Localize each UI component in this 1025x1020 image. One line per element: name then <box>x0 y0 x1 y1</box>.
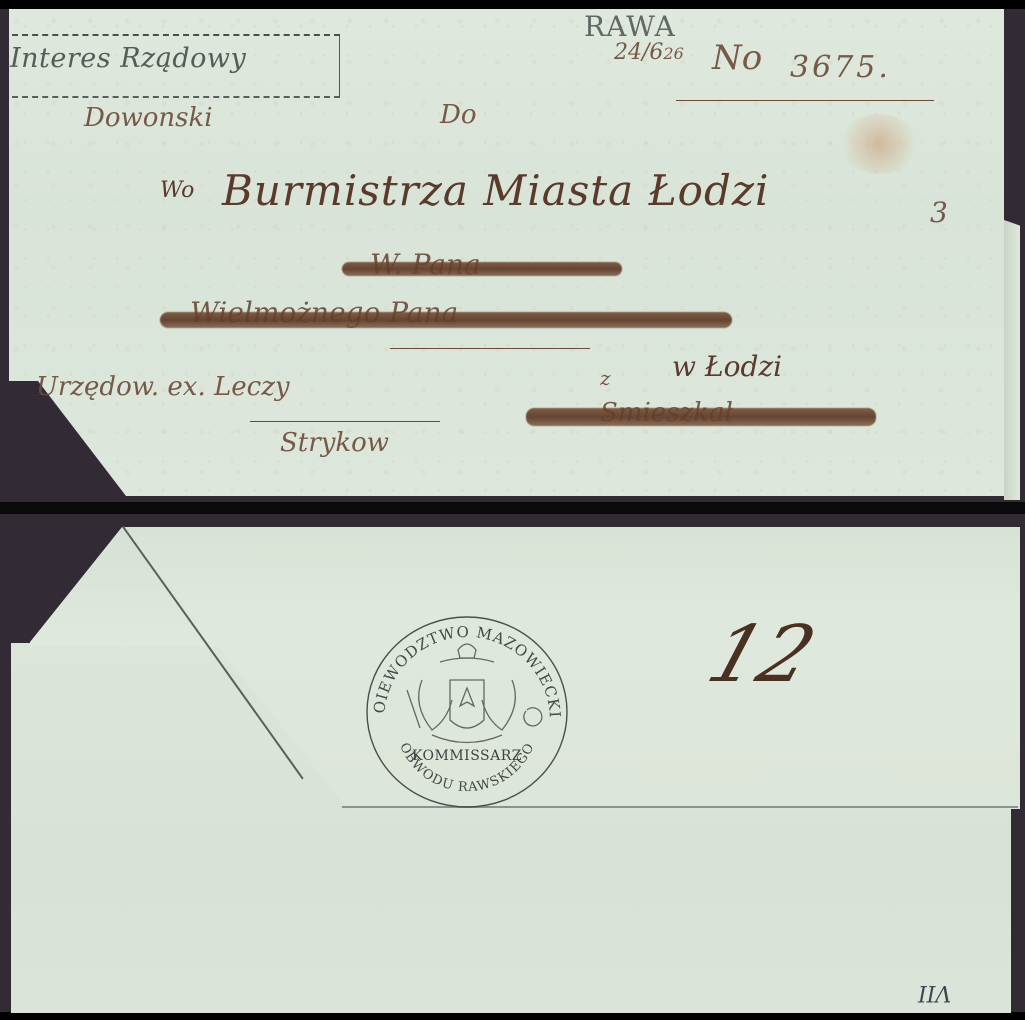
ink-strikethrough-2 <box>160 312 732 328</box>
bottom-border <box>0 1012 1025 1020</box>
seal-eagle-icon: WOIEWODZTWO MAZOWIECKIE OBWODU RAWSKIEGO… <box>362 610 572 810</box>
ink-strikethrough-3 <box>526 408 876 426</box>
boxed-stamp-text: Interes Rządowy <box>10 43 246 74</box>
official-seal-stamp: WOIEWODZTWO MAZOWIECKIE OBWODU RAWSKIEGO… <box>362 610 572 810</box>
sender-note: Dowonski <box>84 103 213 133</box>
address-line: Burmistrza Miasta Łodzi <box>222 166 769 215</box>
seal-center-text: KOMMISSARZ <box>412 748 522 764</box>
location-prefix: z <box>600 366 611 390</box>
cover-front-edge <box>1004 220 1020 500</box>
town-postmark: RAWA <box>584 10 676 43</box>
seal-outer-text-top: WOIEWODZTWO MAZOWIECKIE <box>362 610 564 719</box>
ink-strikethrough-1 <box>342 262 622 276</box>
flourish-line <box>390 348 590 349</box>
page-marker: 3 <box>930 196 948 229</box>
registry-date: 24/626 <box>614 40 684 65</box>
pencil-mark: VII <box>918 980 951 1005</box>
registry-number-prefix: No <box>712 38 762 78</box>
salutation: Do <box>440 100 477 130</box>
location-note: w Łodzi <box>672 350 782 383</box>
registry-underline <box>676 100 934 101</box>
origin-note-line2: Strykow <box>280 428 389 458</box>
registry-number: 3675. <box>790 50 891 85</box>
origin-note: Urzędow. ex. Leczy <box>36 372 290 402</box>
foxing-stain <box>839 114 919 174</box>
top-border <box>0 0 1025 9</box>
origin-underline <box>250 421 440 422</box>
svg-text:WOIEWODZTWO MAZOWIECKIE: WOIEWODZTWO MAZOWIECKIE <box>362 610 564 719</box>
address-prefix: Wo <box>160 178 194 203</box>
panel-divider <box>0 502 1025 514</box>
